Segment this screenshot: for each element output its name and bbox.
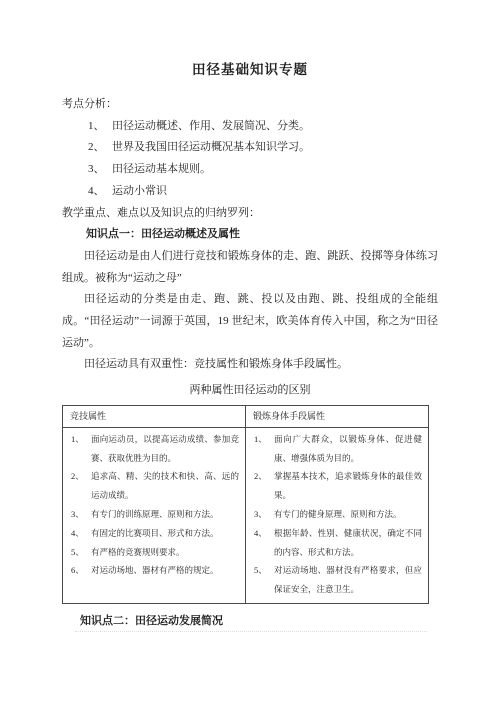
attributes-comparison-table: 竞技属性 锻炼身体手段属性 1、 面向运动员，以提高运动成绩、参加竞赛、获取优胜… <box>62 405 429 604</box>
exam-points-heading: 考点分析： <box>62 94 438 116</box>
cell-item: 2、 追求高、精、尖的技术和快、高、远的运动成绩。 <box>70 467 239 505</box>
cell-item-number: 1、 <box>71 430 84 449</box>
exam-points-list: 1、 田径运动概述、作用、发展简况、分类。 2、 世界及我国田径运动概况基本知识… <box>88 116 438 203</box>
knowledge-point-1-heading: 知识点一：田径运动概述及属性 <box>86 224 438 246</box>
cell-item: 3、 有专门的训练原理、原则和方法。 <box>70 505 239 524</box>
fitness-attributes-cell: 1、 面向广大群众，以锻炼身体、促进健康、增强体质为目的。 2、 掌握基本技术，… <box>246 427 429 603</box>
list-item: 4、 运动小常识 <box>88 181 438 203</box>
cell-item-text: 有专门的训练原理、原则和方法。 <box>91 509 219 519</box>
cell-item-number: 2、 <box>71 467 84 486</box>
cell-item-number: 2、 <box>254 467 267 486</box>
list-item-text: 田径运动基本规则。 <box>112 163 211 175</box>
cell-item-text: 对运动场地、器材有严格的规定。 <box>91 565 219 575</box>
list-item-text: 田径运动概述、作用、发展简况、分类。 <box>112 120 310 132</box>
list-item-number: 3、 <box>88 159 105 181</box>
cell-item-number: 1、 <box>254 430 267 449</box>
cell-item-text: 有固定的比赛项目、形式和方法。 <box>91 528 219 538</box>
cell-item: 1、 面向运动员，以提高运动成绩、参加竞赛、获取优胜为目的。 <box>70 430 239 468</box>
table-body-row: 1、 面向运动员，以提高运动成绩、参加竞赛、获取优胜为目的。 2、 追求高、精、… <box>63 427 429 603</box>
knowledge-point-2-heading: 知识点二：田径运动发展简况 <box>80 612 223 630</box>
cell-item: 1、 面向广大群众，以锻炼身体、促进健康、增强体质为目的。 <box>253 430 422 468</box>
cell-item: 5、 有严格的竞赛规则要求。 <box>70 543 239 562</box>
table-header-row: 竞技属性 锻炼身体手段属性 <box>63 405 429 427</box>
cell-item-text: 掌握基本技术，追求锻炼身体的最佳效果。 <box>274 471 422 500</box>
list-item-number: 1、 <box>88 116 105 138</box>
list-item-number: 4、 <box>88 181 105 203</box>
cell-item-number: 6、 <box>71 561 84 580</box>
cell-item-text: 追求高、精、尖的技术和快、高、远的运动成绩。 <box>91 471 239 500</box>
cell-item-text: 有专门的健身原理、原则和方法。 <box>274 509 402 519</box>
document-page: 田径基础知识专题 考点分析： 1、 田径运动概述、作用、发展简况、分类。 2、 … <box>0 0 500 707</box>
cell-item-text: 根据年龄、性别、健康状况，确定不同的内容、形式和方法。 <box>274 528 422 557</box>
list-item-text: 运动小常识 <box>112 185 167 197</box>
list-item: 3、 田径运动基本规则。 <box>88 159 438 181</box>
table-caption: 两种属性田径运动的区别 <box>62 380 438 402</box>
cell-item-number: 3、 <box>71 505 84 524</box>
cell-item-number: 3、 <box>254 505 267 524</box>
cell-item-text: 对运动场地、器材没有严格要求，但应保证安全，注意卫生。 <box>274 565 422 594</box>
cell-item-number: 4、 <box>254 524 267 543</box>
cell-item-number: 5、 <box>254 561 267 580</box>
competitive-attributes-cell: 1、 面向运动员，以提高运动成绩、参加竞赛、获取优胜为目的。 2、 追求高、精、… <box>63 427 246 603</box>
cell-item-number: 5、 <box>71 543 84 562</box>
column-header-fitness: 锻炼身体手段属性 <box>246 405 429 427</box>
cell-item-number: 4、 <box>71 524 84 543</box>
cell-item: 6、 对运动场地、器材有严格的规定。 <box>70 561 239 580</box>
document-body: 田径基础知识专题 考点分析： 1、 田径运动概述、作用、发展简况、分类。 2、 … <box>62 58 438 604</box>
list-item-number: 2、 <box>88 137 105 159</box>
cell-item-text: 有严格的竞赛规则要求。 <box>91 547 185 557</box>
cell-item-text: 面向运动员，以提高运动成绩、参加竞赛、获取优胜为目的。 <box>91 434 239 463</box>
cell-item: 4、 根据年龄、性别、健康状况，确定不同的内容、形式和方法。 <box>253 524 422 562</box>
page-edge-artifact <box>75 631 427 632</box>
paragraph: 田径运动是由人们进行竞技和锻炼身体的走、跑、跳跃、投掷等身体练习组成。被称为“运… <box>62 246 438 289</box>
column-header-competitive: 竞技属性 <box>63 405 246 427</box>
paragraph: 田径运动具有双重性：竞技属性和锻炼身体手段属性。 <box>62 354 438 376</box>
paragraph: 田径运动的分类是由走、跑、跳、投以及由跑、跳、投组成的全能组成。“田径运动”一词… <box>62 289 438 354</box>
page-title: 田径基础知识专题 <box>62 60 438 80</box>
list-item-text: 世界及我国田径运动概况基本知识学习。 <box>112 141 310 153</box>
list-item: 2、 世界及我国田径运动概况基本知识学习。 <box>88 137 438 159</box>
cell-item-text: 面向广大群众，以锻炼身体、促进健康、增强体质为目的。 <box>274 434 422 463</box>
teaching-focus-line: 教学重点、难点以及知识点的归纳罗列： <box>62 203 438 225</box>
list-item: 1、 田径运动概述、作用、发展简况、分类。 <box>88 116 438 138</box>
cell-item: 4、 有固定的比赛项目、形式和方法。 <box>70 524 239 543</box>
cell-item: 3、 有专门的健身原理、原则和方法。 <box>253 505 422 524</box>
cell-item: 2、 掌握基本技术，追求锻炼身体的最佳效果。 <box>253 467 422 505</box>
cell-item: 5、 对运动场地、器材没有严格要求，但应保证安全，注意卫生。 <box>253 561 422 599</box>
